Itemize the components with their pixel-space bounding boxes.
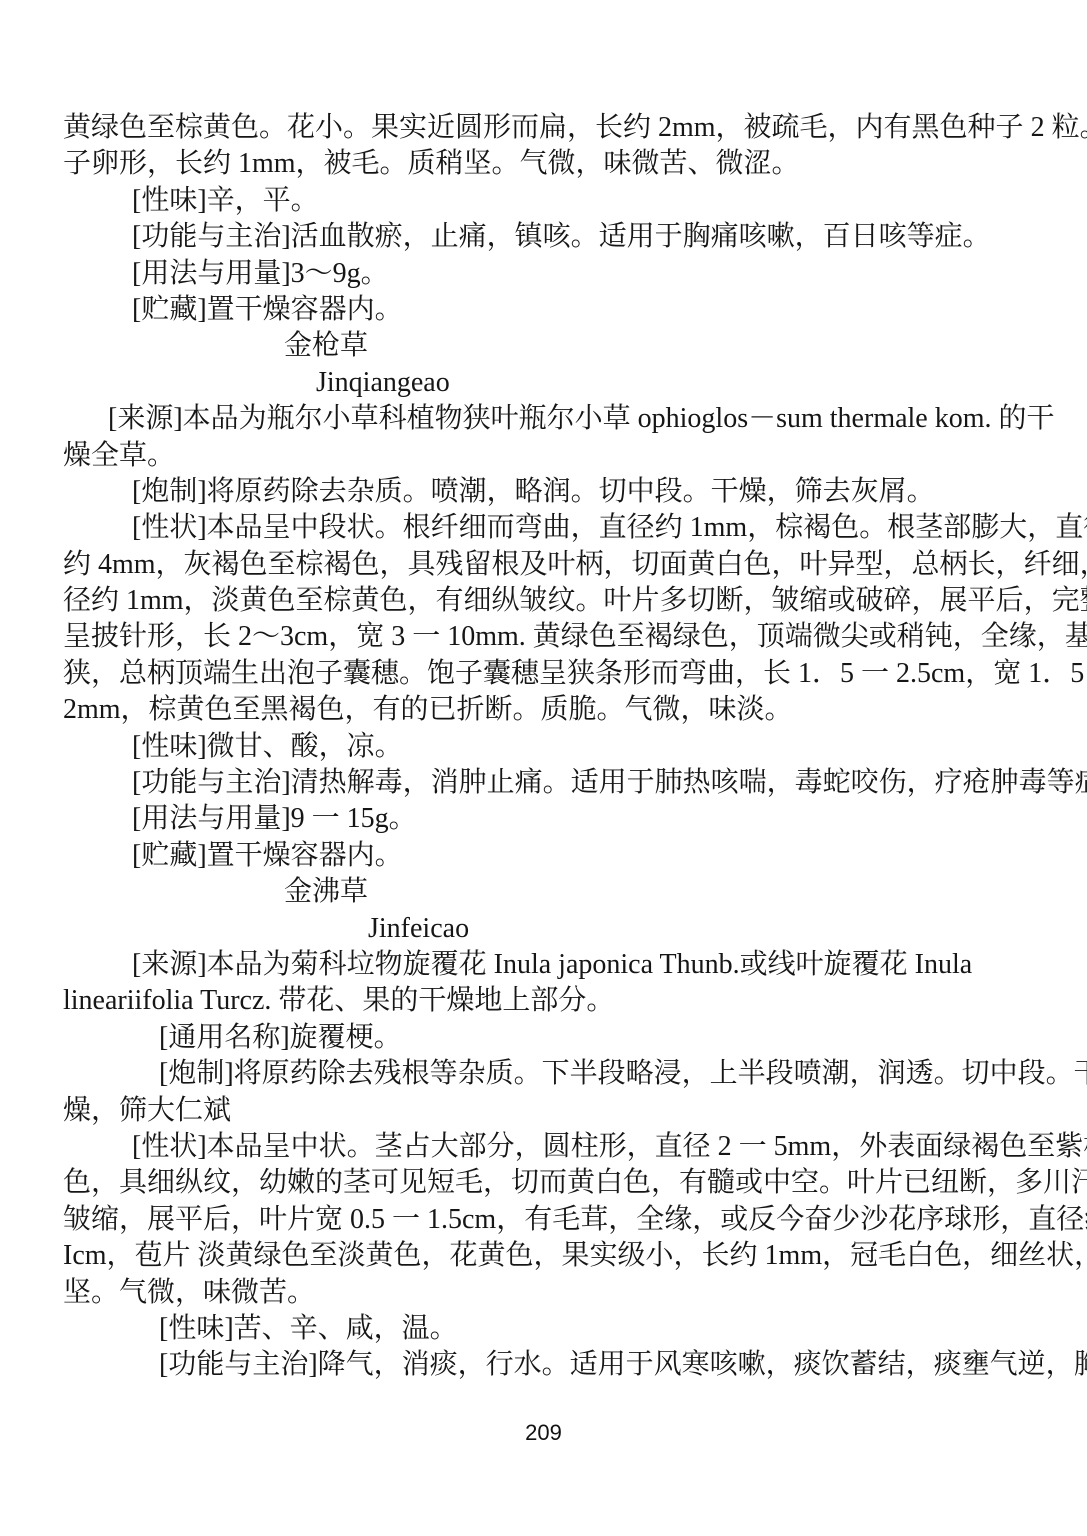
text-line: [性状]本品呈中状。茎占大部分，圆柱形，直径 2 一 5mm，外表面绿褐色至紫棕: [63, 1129, 1029, 1165]
text-line: 燥，筛大仁斌: [63, 1093, 1029, 1129]
text-line: 燥全草。: [63, 438, 1029, 474]
text-line: [用法与用量]3～9g。: [63, 256, 1029, 292]
text-line: [炮制]将原药除去杂质。喷潮，略润。切中段。干燥，筛去灰屑。: [63, 474, 1029, 510]
text-line: [来源]本品为瓶尔小草科植物狭叶瓶尔小草 ophioglos－sum therm…: [63, 401, 1029, 437]
section-title-chinese: 金沸草: [63, 874, 1029, 910]
section-title-pinyin: Jinqiangeao: [63, 365, 1029, 401]
text-line: [通用名称]旋覆梗。: [63, 1020, 1029, 1056]
text-line: [来源]本品为菊科垃物旋覆花 Inula japonica Thunb.或线叶旋…: [63, 947, 1029, 983]
text-body: 黄绿色至棕黄色。花小。果实近圆形而扁，长约 2mm，被疏毛，内有黑色种子 2 粒…: [63, 110, 1029, 1384]
section-title-chinese: 金枪草: [63, 328, 1029, 364]
text-line: 坚。气微，味微苦。: [63, 1275, 1029, 1311]
text-line: [功能与主治]降气，消痰，行水。适用于风寒咳嗽，痰饮蓄结，痰壅气逆，胸: [63, 1347, 1029, 1383]
text-line: 2mm，棕黄色至黑褐色，有的已折断。质脆。气微，味淡。: [63, 692, 1029, 728]
text-line: [功能与主治]活血散瘀，止痛，镇咳。适用于胸痛咳嗽，百日咳等症。: [63, 219, 1029, 255]
text-line: [性味]辛，平。: [63, 183, 1029, 219]
text-line: 黄绿色至棕黄色。花小。果实近圆形而扁，长约 2mm，被疏毛，内有黑色种子 2 粒…: [63, 110, 1029, 146]
text-line: [性味]苦、辛、咸，温。: [63, 1311, 1029, 1347]
text-line: 呈披针形，长 2～3cm，宽 3 一 10mm. 黄绿色至褐绿色，顶端微尖或稍钝…: [63, 619, 1029, 655]
text-line: 狭，总柄顶端生出泡子囊穗。饱子囊穗呈狭条形而弯曲，长 1．5 一 2.5cm，宽…: [63, 656, 1029, 692]
section-title-pinyin: Jinfeicao: [63, 911, 1029, 947]
document-page: 黄绿色至棕黄色。花小。果实近圆形而扁，长约 2mm，被疏毛，内有黑色种子 2 粒…: [0, 0, 1087, 1536]
text-line: [贮藏]置干燥容器内。: [63, 838, 1029, 874]
text-line: [功能与主治]清热解毒，消肿止痛。适用于肺热咳喘，毒蛇咬伤，疗疮肿毒等症。: [63, 765, 1029, 801]
text-line: [性状]本品呈中段状。根纤细而弯曲，直径约 1mm，棕褐色。根茎部膨大，直径: [63, 510, 1029, 546]
text-line: 皱缩，展平后，叶片宽 0.5 一 1.5cm，有毛茸，全缘，或反今奋少沙花序球形…: [63, 1202, 1029, 1238]
text-line: 约 4mm，灰褐色至棕褐色，具残留根及叶柄，切面黄白色，叶异型，总柄长，纤细，直: [63, 547, 1029, 583]
page-number: 209: [0, 1420, 1087, 1446]
text-line: [贮藏]置干燥容器内。: [63, 292, 1029, 328]
text-line: [性味]微甘、酸，凉。: [63, 729, 1029, 765]
text-line: 径约 1mm，淡黄色至棕黄色，有细纵皱纹。叶片多切断，皱缩或破碎，展平后，完整者: [63, 583, 1029, 619]
text-line: lineariifolia Turcz. 带花、果的干燥地上部分。: [63, 983, 1029, 1019]
text-line: 子卵形，长约 1mm，被毛。质稍坚。气微，味微苦、微涩。: [63, 146, 1029, 182]
text-line: [炮制]将原药除去残根等杂质。下半段略浸，上半段喷潮，润透。切中段。干: [63, 1056, 1029, 1092]
text-line: Icm，苞片 淡黄绿色至淡黄色，花黄色，果实级小，长约 1mm，冠毛白色，细丝状…: [63, 1238, 1029, 1274]
text-line: 色，具细纵纹，幼嫩的茎可见短毛，切而黄白色，有髓或中空。叶片已纽断，多川汗和: [63, 1165, 1029, 1201]
text-line: [用法与用量]9 一 15g。: [63, 801, 1029, 837]
